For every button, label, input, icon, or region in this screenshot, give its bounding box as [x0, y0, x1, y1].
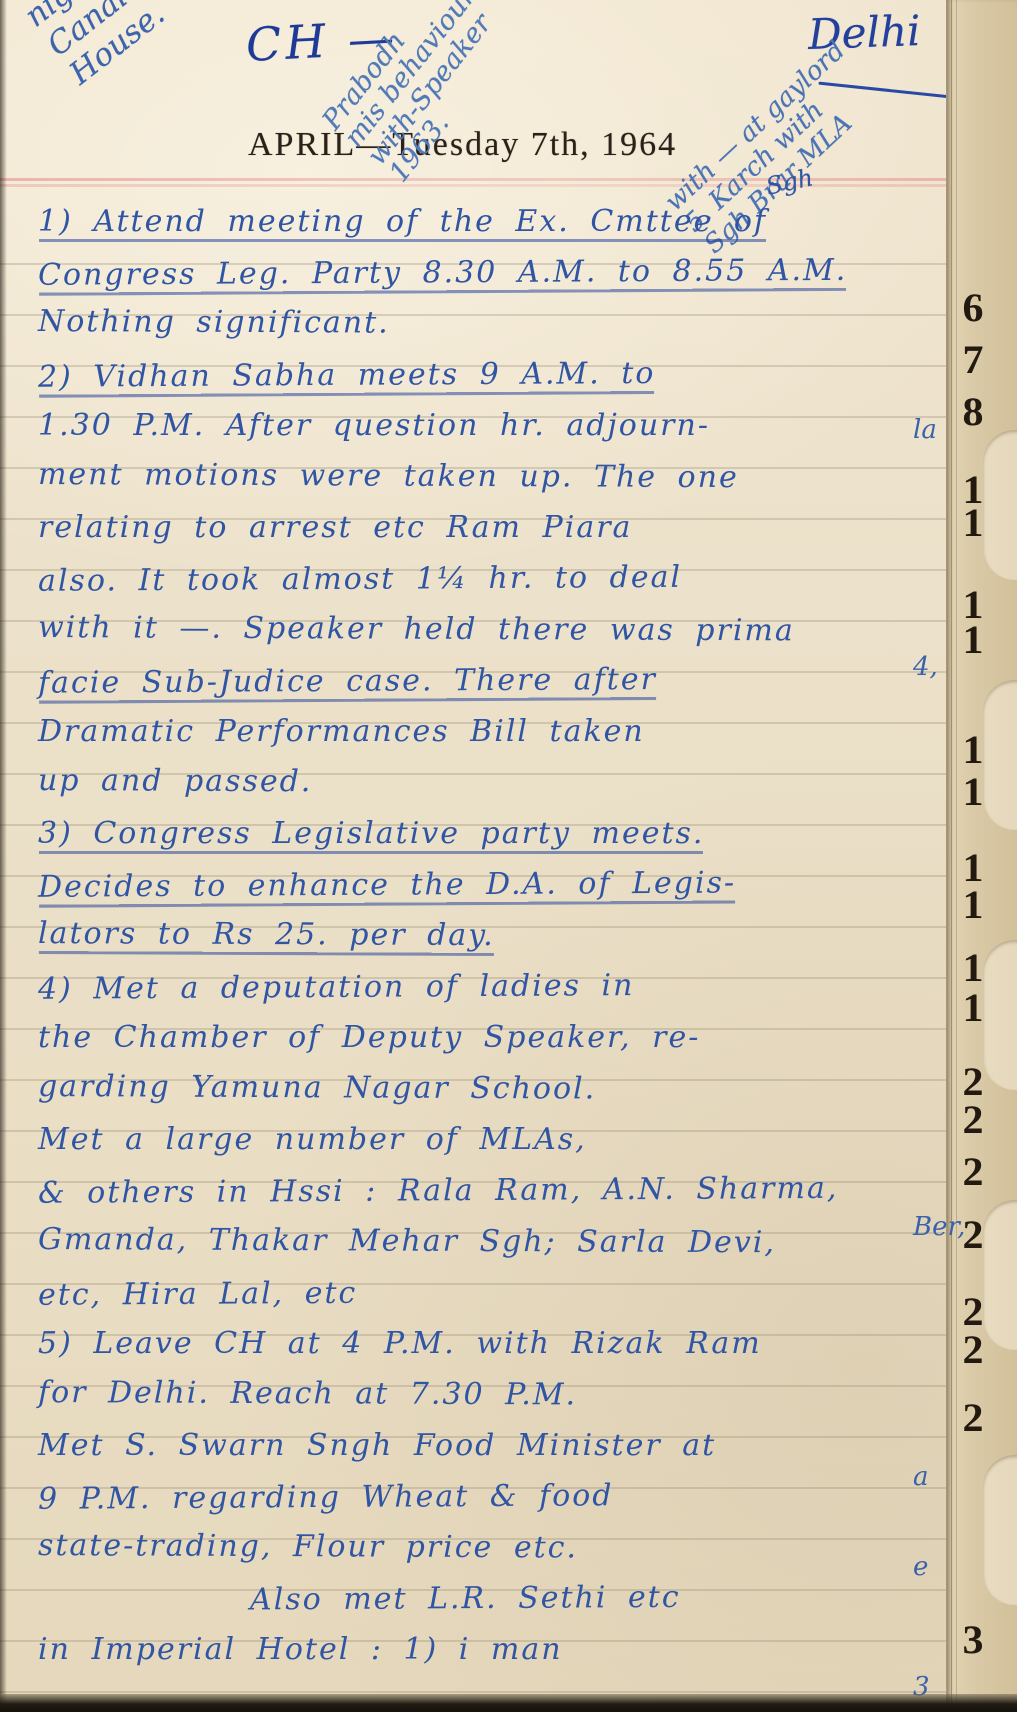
- handwriting-line: 1.30 P.M. After question hr. adjourn-: [38, 400, 938, 451]
- handwriting-line: up and passed.: [38, 755, 938, 810]
- page-edge-crease: [951, 0, 952, 1712]
- edge-hour-numeral: 1: [963, 730, 984, 770]
- edge-hour-numeral: 1: [963, 988, 984, 1028]
- stray-ink-mark: e: [913, 1552, 928, 1582]
- handwriting-line: with it —. Speaker held there was prima: [38, 602, 938, 657]
- handwriting-line: for Delhi. Reach at 7.30 P.M.: [38, 1367, 938, 1422]
- handwriting-line: lators to Rs 25. per day.: [38, 908, 938, 963]
- scan-left-edge-shadow: [0, 0, 7, 1712]
- edge-hour-numeral: 2: [963, 1100, 984, 1140]
- handwriting-line: 4) Met a deputation of ladies in: [38, 958, 938, 1014]
- handwriting-line: Nothing significant.: [38, 296, 938, 351]
- scan-bottom-edge-shadow: [0, 1694, 1017, 1712]
- handwriting-line: Dramatic Performances Bill taken: [38, 706, 938, 757]
- handwriting-line: 9 P.M. regarding Wheat & food: [38, 1468, 938, 1524]
- handwriting-line: in Imperial Hotel : 1) i man: [38, 1624, 938, 1675]
- handwriting-line: also. It took almost 1¼ hr. to deal: [38, 550, 938, 606]
- handwriting-line: Gmanda, Thakar Mehar Sgh; Sarla Devi,: [38, 1214, 938, 1269]
- handwriting-line: garding Yamuna Nagar School.: [38, 1061, 938, 1116]
- page-edge-crease: [956, 0, 957, 1712]
- edge-hour-numeral: 2: [963, 1062, 984, 1102]
- edge-hour-numeral: 1: [963, 885, 984, 925]
- thumb-index-notch: [983, 430, 1017, 580]
- stray-ink-mark: la: [913, 415, 937, 445]
- handwriting-line: Congress Leg. Party 8.30 A.M. to 8.55 A.…: [38, 244, 938, 300]
- handwriting-line: 3) Congress Legislative party meets.: [38, 808, 938, 859]
- handwriting-line: Met S. Swarn Sngh Food Minister at: [38, 1420, 938, 1471]
- handwriting-line: the Chamber of Deputy Speaker, re-: [38, 1012, 938, 1063]
- note-night-at-canal-rest-house: night at Canal Rest House.: [18, 0, 220, 92]
- edge-hour-numeral: 2: [963, 1330, 984, 1370]
- edge-hour-numeral: 2: [963, 1398, 984, 1438]
- edge-hour-numeral: 2: [963, 1152, 984, 1192]
- handwriting-line: facie Sub-Judice case. There after: [38, 652, 938, 708]
- thumb-index-notch: [983, 1455, 1017, 1605]
- edge-hour-numeral: 3: [963, 1620, 984, 1660]
- thumb-index-notch: [983, 680, 1017, 830]
- stray-ink-mark: a: [913, 1462, 929, 1492]
- edge-hour-numeral: 1: [963, 620, 984, 660]
- handwriting-line: & others in Hssi : Rala Ram, A.N. Sharma…: [38, 1162, 938, 1218]
- edge-hour-numeral: 7: [963, 340, 984, 380]
- header-rule-bottom: [0, 184, 1017, 187]
- handwriting-line: Also met L.R. Sethi etc: [38, 1570, 938, 1626]
- diary-page-scan: APRIL—Tuesday 7th, 1964 night at Canal R…: [0, 0, 1017, 1712]
- page-stack-edge: 678111111111122222223la4,Ber,ae3: [946, 0, 1017, 1712]
- handwriting-line: etc, Hira Lal, etc: [38, 1264, 938, 1320]
- handwriting-line: 2) Vidhan Sabha meets 9 A.M. to: [38, 346, 938, 402]
- edge-hour-numeral: 1: [963, 948, 984, 988]
- thumb-index-notch: [983, 940, 1017, 1090]
- handwriting-line: Met a large number of MLAs,: [38, 1114, 938, 1165]
- handwriting-line: 1) Attend meeting of the Ex. Cmttee of: [38, 196, 938, 247]
- handwriting-line: state-trading, Flour price etc.: [38, 1520, 938, 1575]
- edge-hour-numeral: 6: [963, 288, 984, 328]
- edge-hour-numeral: 1: [963, 772, 984, 812]
- stray-ink-mark: Ber,: [913, 1212, 965, 1242]
- edge-hour-numeral: 1: [963, 503, 984, 543]
- header-rule-top: [0, 178, 1017, 181]
- handwriting-line: 5) Leave CH at 4 P.M. with Rizak Ram: [38, 1318, 938, 1369]
- edge-hour-numeral: 2: [963, 1292, 984, 1332]
- handwriting-line: ment motions were taken up. The one: [38, 449, 938, 504]
- edge-hour-numeral: 2: [963, 1215, 984, 1255]
- thumb-index-notch: [983, 1200, 1017, 1350]
- handwriting-lines: 1) Attend meeting of the Ex. Cmttee ofCo…: [38, 196, 938, 1675]
- stray-ink-mark: 4,: [913, 652, 938, 682]
- printed-date-header: APRIL—Tuesday 7th, 1964: [248, 126, 677, 164]
- handwriting-line: Decides to enhance the D.A. of Legis-: [38, 856, 938, 912]
- handwriting-line: relating to arrest etc Ram Piara: [38, 502, 938, 553]
- edge-hour-numeral: 8: [963, 392, 984, 432]
